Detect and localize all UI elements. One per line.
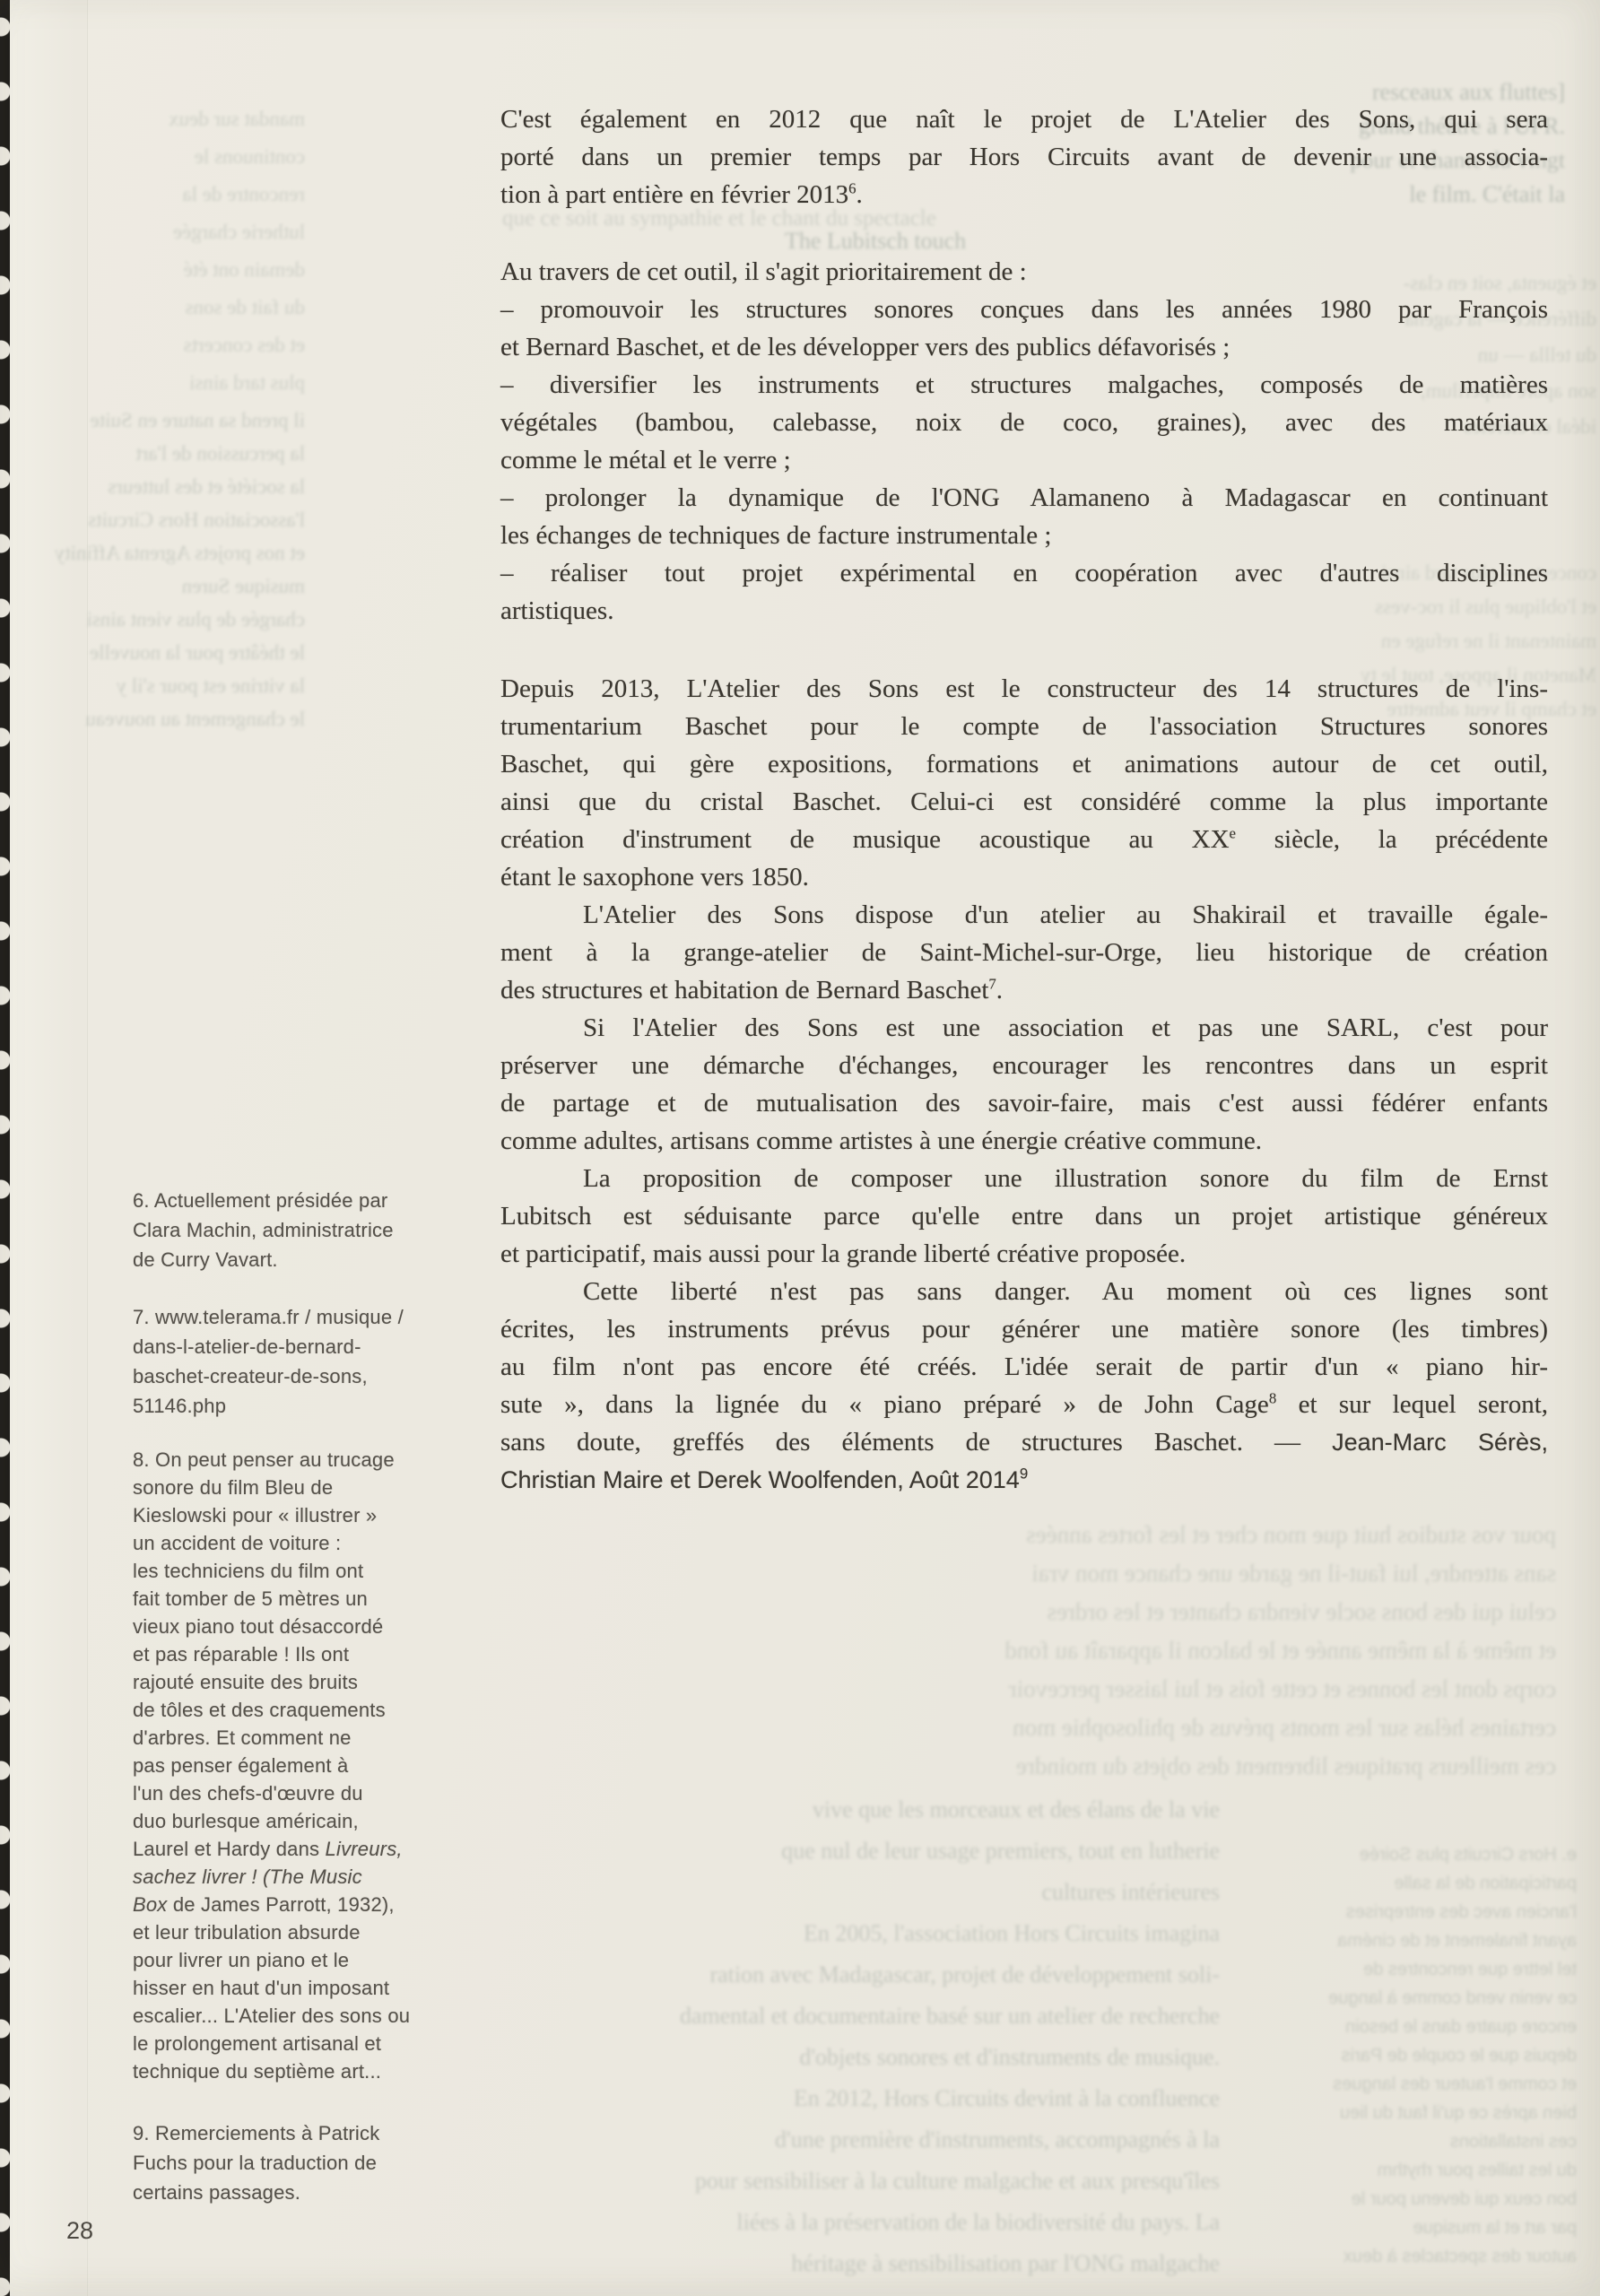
footnote: 7. www.telerama.fr / musique /dans-l-ate… bbox=[133, 1302, 438, 1421]
footnote-line: 51146.php bbox=[133, 1391, 438, 1421]
footnote: 8. On peut penser au trucagesonore du fi… bbox=[133, 1446, 438, 2085]
footnote-line: Fuchs pour la traduction de bbox=[133, 2148, 438, 2178]
footnote-line: le prolongement artisanal et bbox=[133, 2030, 438, 2057]
footnote-line: les techniciens du film ont bbox=[133, 1557, 438, 1585]
footnote-line: rajouté ensuite des bruits bbox=[133, 1668, 438, 1696]
footnote-line: escalier... L'Atelier des sons ou bbox=[133, 2002, 438, 2030]
footnote-line: 8. On peut penser au trucage bbox=[133, 1446, 438, 1474]
footnote-line: Box de James Parrott, 1932), bbox=[133, 1891, 438, 1918]
footnote-line: sachez livrer ! (The Music bbox=[133, 1863, 438, 1891]
footnote-line: Laurel et Hardy dans Livreurs, bbox=[133, 1835, 438, 1863]
text-segment: sachez livrer ! (The Music bbox=[133, 1865, 362, 1888]
footnote-line: Clara Machin, administratrice bbox=[133, 1215, 438, 1245]
footnote-line: 9. Remerciements à Patrick bbox=[133, 2118, 438, 2148]
footnote-line: pas penser également à bbox=[133, 1752, 438, 1779]
footnote-line: l'un des chefs-d'œuvre du bbox=[133, 1779, 438, 1807]
footnote-line: 7. www.telerama.fr / musique / bbox=[133, 1302, 438, 1332]
footnote-line: certains passages. bbox=[133, 2178, 438, 2207]
book-page: resceaux aux fluttes]grand théâtre à l'U… bbox=[0, 0, 1600, 2296]
footnote-line: pour livrer un piano et le bbox=[133, 1946, 438, 1974]
footnote-line: de Curry Vavart. bbox=[133, 1245, 438, 1274]
footnote-line: d'arbres. Et comment ne bbox=[133, 1724, 438, 1752]
text-segment: Livreurs, bbox=[326, 1838, 403, 1860]
footnote-line: vieux piano tout désaccordé bbox=[133, 1613, 438, 1640]
footnote-line: un accident de voiture : bbox=[133, 1529, 438, 1557]
footnote-column: 6. Actuellement présidée parClara Machin… bbox=[0, 0, 1600, 2296]
footnote-line: sonore du film Bleu de bbox=[133, 1474, 438, 1501]
footnote-line: et leur tribulation absurde bbox=[133, 1918, 438, 1946]
footnote-line: technique du septième art... bbox=[133, 2057, 438, 2085]
footnote: 6. Actuellement présidée parClara Machin… bbox=[133, 1186, 438, 1274]
text-segment: Box bbox=[133, 1893, 168, 1916]
footnote-line: hisser en haut d'un imposant bbox=[133, 1974, 438, 2002]
footnote-line: 6. Actuellement présidée par bbox=[133, 1186, 438, 1215]
footnote: 9. Remerciements à PatrickFuchs pour la … bbox=[133, 2118, 438, 2207]
footnote-line: de tôles et des craquements bbox=[133, 1696, 438, 1724]
footnote-line: fait tomber de 5 mètres un bbox=[133, 1585, 438, 1613]
footnote-line: duo burlesque américain, bbox=[133, 1807, 438, 1835]
footnote-line: dans-l-atelier-de-bernard- bbox=[133, 1332, 438, 1361]
footnote-line: baschet-createur-de-sons, bbox=[133, 1361, 438, 1391]
footnote-line: Kieslowski pour « illustrer » bbox=[133, 1501, 438, 1529]
page-number: 28 bbox=[66, 2217, 93, 2245]
footnote-line: et pas réparable ! Ils ont bbox=[133, 1640, 438, 1668]
